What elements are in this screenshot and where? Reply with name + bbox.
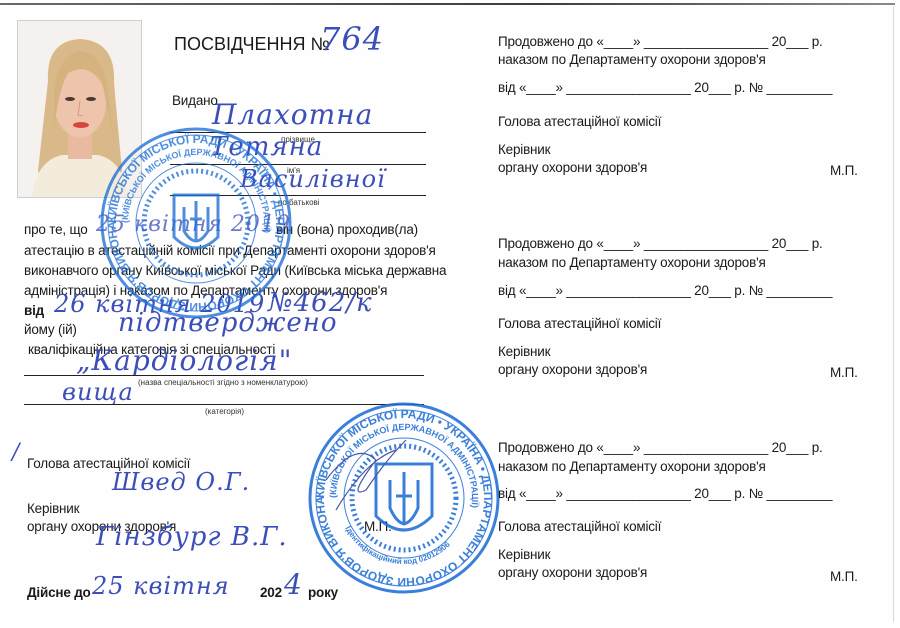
certificate-number: 764 <box>320 20 384 58</box>
page-right-edge <box>893 6 894 622</box>
extension-from-line: від «____» _________________ 20___ р. № … <box>498 80 832 95</box>
certificate-page: ПОСВІДЧЕННЯ № 764 Видано Плахотна прізви… <box>0 0 900 628</box>
extension-seal-label: М.П. <box>830 365 858 380</box>
official-stamp-upper: КИЇВСЬКОЇ МІСЬКОЇ РАДИ • УКРАЇНА • ДЕПАР… <box>98 125 294 321</box>
valid-year-prefix: 202 <box>260 585 282 600</box>
order-from-label: від <box>24 303 44 318</box>
extension-seal-label: М.П. <box>830 163 858 178</box>
extension-extended-line: Продовжено до «____» _________________ 2… <box>498 236 823 251</box>
extension-extended-line: Продовжено до «____» _________________ 2… <box>498 34 823 49</box>
category-value: вища <box>62 378 134 406</box>
issued-label: Видано <box>172 93 218 108</box>
certificate-title: ПОСВІДЧЕННЯ № <box>174 34 330 55</box>
extension-chairman-label: Голова атестаційної комісії <box>498 519 661 534</box>
specialty-line <box>24 375 424 376</box>
extension-head-line1: Керівник <box>498 142 550 157</box>
extension-head-line1: Керівник <box>498 547 550 562</box>
margin-tick-mark: / <box>12 440 20 465</box>
head-label-line1: Керівник <box>27 501 79 516</box>
extension-extended-line: Продовжено до «____» _________________ 2… <box>498 440 823 455</box>
extension-chairman-label: Голова атестаційної комісії <box>498 316 661 331</box>
extension-order-line: наказом по Департаменту охорони здоров'я <box>498 52 766 67</box>
category-caption: (категорія) <box>205 407 244 416</box>
head-signature: Гінзбург В.Г. <box>96 522 288 552</box>
official-stamp-lower: КИЇВСЬКОЇ МІСЬКОЇ РАДИ • УКРАЇНА • ДЕПАР… <box>306 400 502 596</box>
extension-chairman-label: Голова атестаційної комісії <box>498 114 661 129</box>
extension-from-line: від «____» _________________ 20___ р. № … <box>498 283 832 298</box>
extension-seal-label: М.П. <box>830 569 858 584</box>
specialty-caption: (назва спеціальності згідно з номенклату… <box>138 378 308 387</box>
extension-order-line: наказом по Департаменту охорони здоров'я <box>498 255 766 270</box>
extension-from-line: від «____» _________________ 20___ р. № … <box>498 486 832 501</box>
body-line1-start: про те, що <box>24 222 88 237</box>
page-top-edge <box>0 3 895 5</box>
extension-order-line: наказом по Департаменту охорони здоров'я <box>498 459 766 474</box>
extension-head-line2: органу охорони здоров'я <box>498 565 647 580</box>
valid-until-label: Дійсне до <box>27 585 91 600</box>
extension-head-line1: Керівник <box>498 344 550 359</box>
extension-head-line2: органу охорони здоров'я <box>498 160 647 175</box>
specialty-value: „Кардіологія" <box>76 344 293 377</box>
body-line1-end: він (вона) проходив(ла) <box>276 222 418 237</box>
valid-until-date: 25 квітня <box>92 572 230 600</box>
extension-head-line2: органу охорони здоров'я <box>498 362 647 377</box>
chairman-signature: Швед О.Г. <box>112 468 250 496</box>
valid-year-digit: 4 <box>284 568 303 601</box>
to-him-label: йому (ій) <box>24 322 77 337</box>
